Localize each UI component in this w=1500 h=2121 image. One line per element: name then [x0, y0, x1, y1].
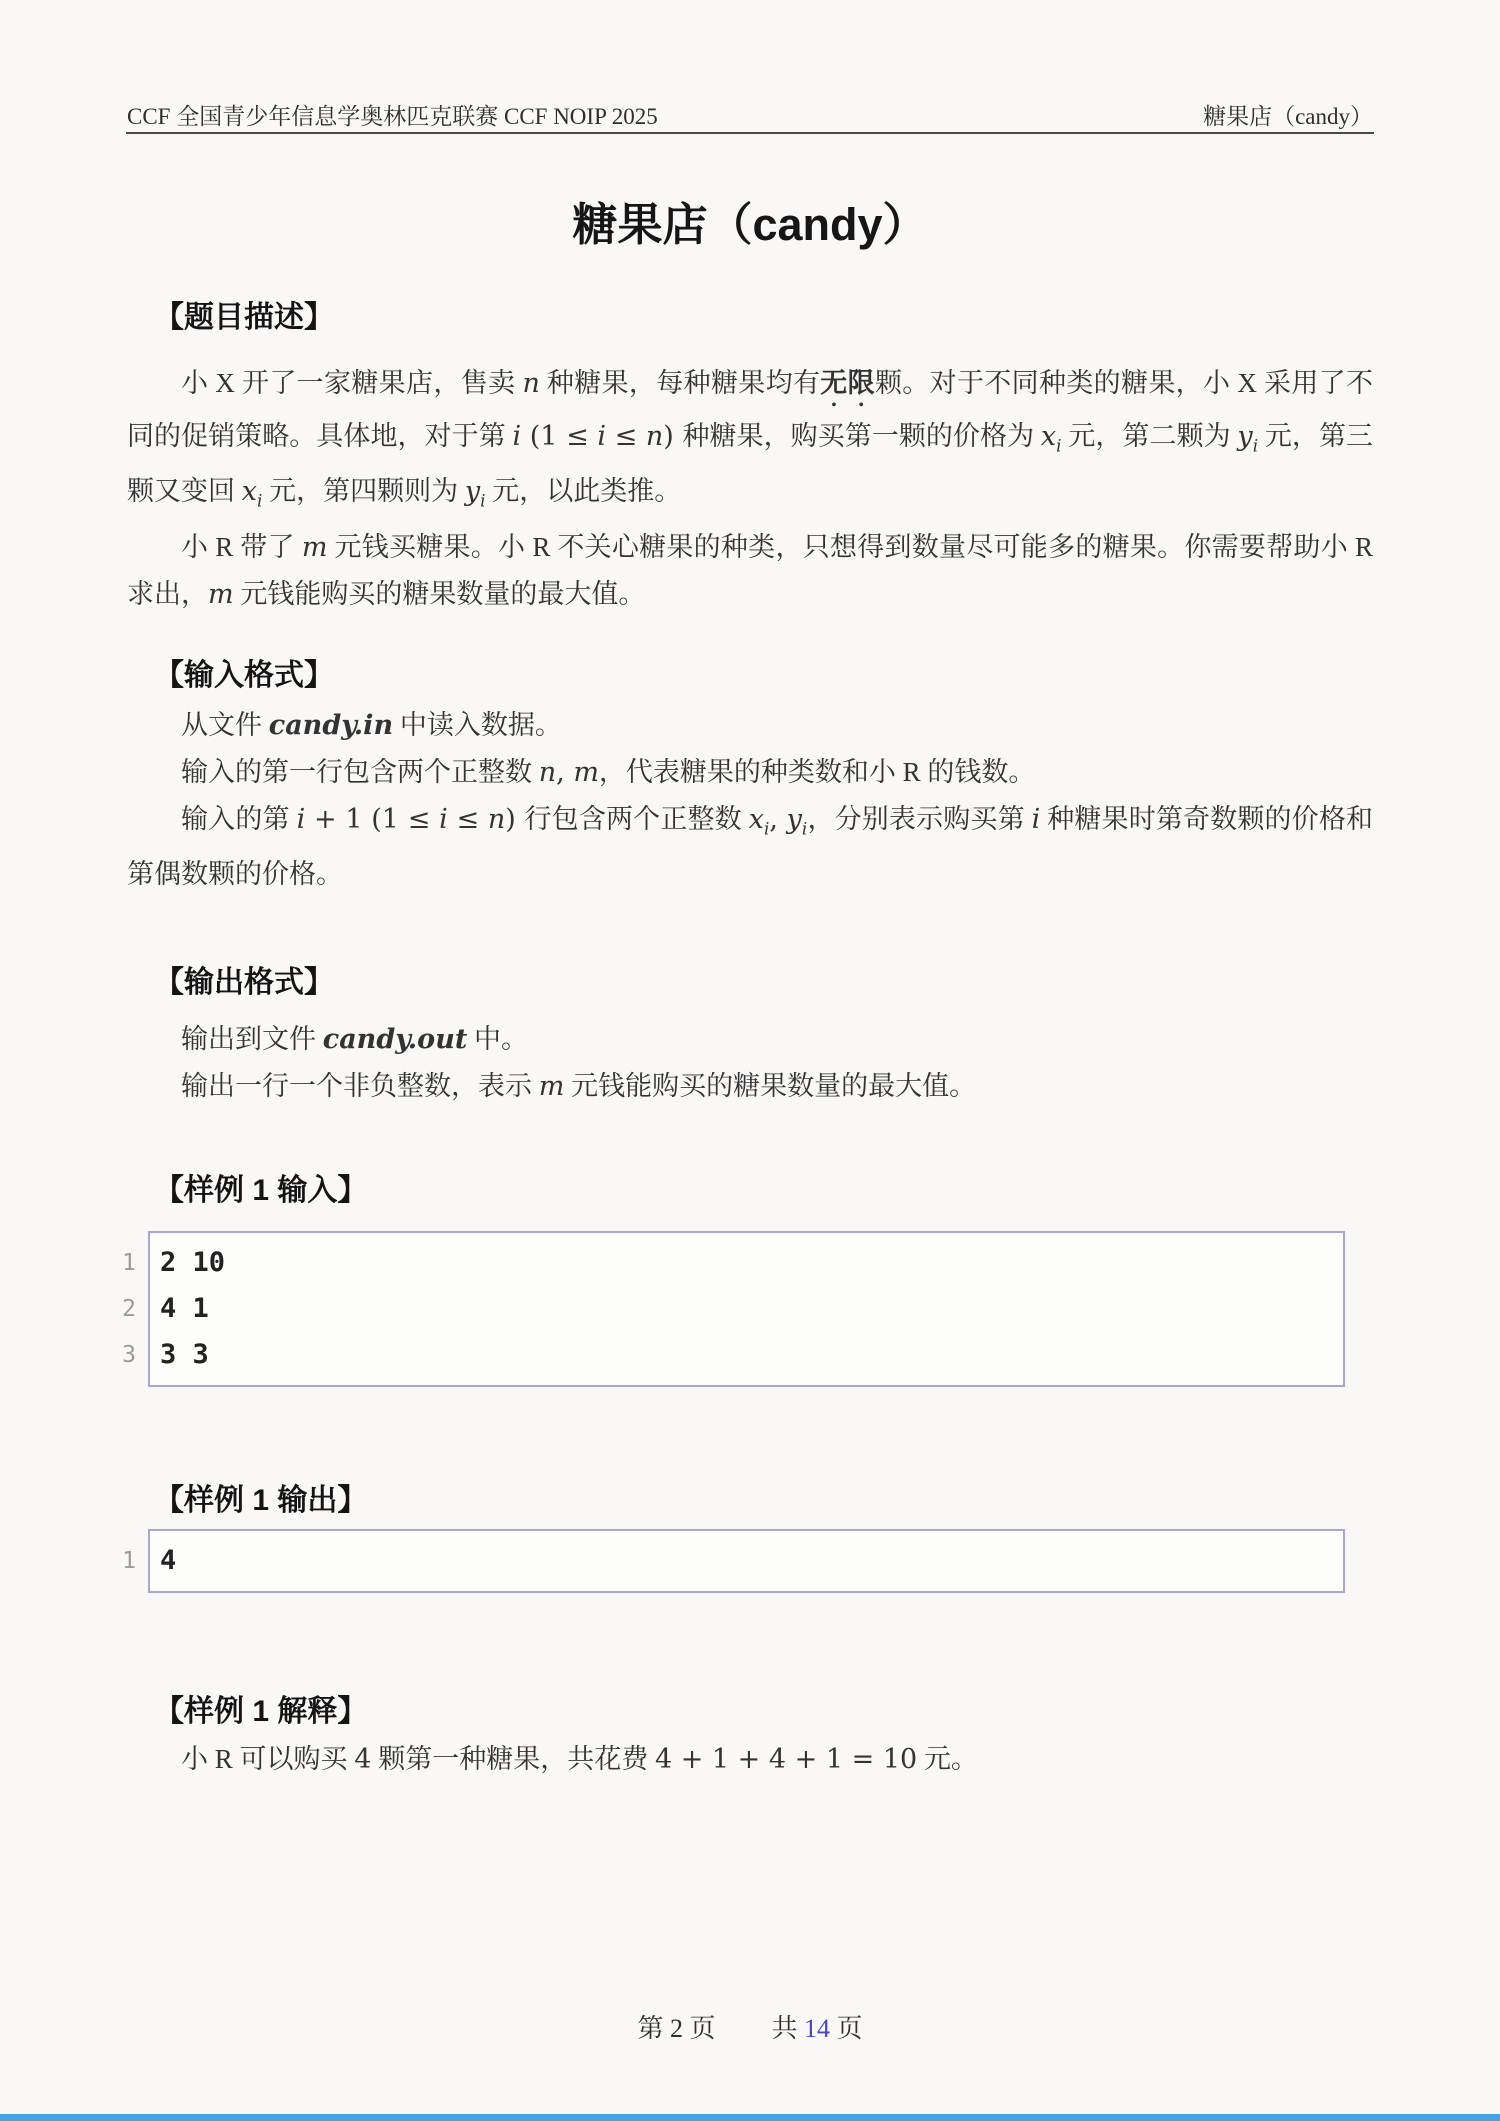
code-line: 4 1 — [160, 1286, 1333, 1332]
footer-text: 页 — [683, 2014, 716, 2043]
math-text: n — [522, 368, 539, 399]
footer-text: 共 — [772, 2014, 805, 2043]
text: 元，第四颗则为 — [262, 476, 465, 506]
paragraph: 小 X 开了一家糖果店，售卖 n 种糖果，每种糖果均有无限颗。对于不同种类的糖果… — [127, 360, 1373, 524]
math-text: ≤ — [448, 804, 488, 835]
math-text: n — [539, 757, 556, 788]
math-text: 4 + 1 + 4 + 1 = 10 — [655, 1744, 917, 1775]
footer-page-number: 2 — [670, 2014, 683, 2043]
math-text: yi — [1237, 421, 1258, 452]
text: 小 R 带了 — [181, 532, 302, 562]
sample1-explanation-paragraphs: 小 R 可以购买 4 颗第一种糖果，共花费 4 + 1 + 4 + 1 = 10… — [127, 1736, 1373, 1783]
math-text: i — [297, 804, 306, 835]
math-text: yi — [465, 476, 486, 507]
code-line: 4 — [160, 1538, 1333, 1584]
bottom-edge-bar — [0, 2114, 1500, 2121]
footer-text: 页 — [830, 2014, 863, 2043]
text: 元钱能购买的糖果数量的最大值。 — [234, 579, 646, 609]
section-heading-input-format: 【输入格式】 — [154, 650, 334, 694]
math-text: m — [573, 757, 599, 788]
text: 行包含两个正整数 — [525, 804, 749, 834]
math-text: i — [597, 421, 606, 452]
header-left-text: CCF 全国青少年信息学奥林匹克联赛 CCF NOIP 2025 — [127, 98, 658, 131]
section-heading-description: 【题目描述】 — [154, 292, 334, 336]
paragraph: 小 R 可以购买 4 颗第一种糖果，共花费 4 + 1 + 4 + 1 = 10… — [127, 1736, 1373, 1783]
math-text: (1 ≤ — [521, 421, 597, 452]
header-rule — [126, 132, 1374, 134]
sample1-output-codebox: 1 4 — [96, 1529, 1345, 1593]
text: 中。 — [467, 1024, 528, 1054]
math-text: 4 — [354, 1744, 371, 1775]
paragraph: 小 R 带了 m 元钱买糖果。小 R 不关心糖果的种类，只想得到数量尽可能多的糖… — [127, 524, 1373, 618]
math-text: m — [208, 579, 234, 610]
paragraph: 输入的第一行包含两个正整数 n, m，代表糖果的种类数和小 R 的钱数。 — [127, 749, 1373, 796]
code-line: 3 3 — [160, 1332, 1333, 1378]
math-text: yi — [787, 804, 808, 835]
code-line-numbers: 1 — [96, 1529, 142, 1593]
line-number: 1 — [96, 1240, 136, 1286]
math-text: ) — [663, 421, 682, 452]
input-format-paragraphs: 从文件 candy.in 中读入数据。输入的第一行包含两个正整数 n, m，代表… — [127, 702, 1373, 897]
math-text: n — [646, 421, 663, 452]
footer-total-pages: 共 14 页 — [772, 2008, 863, 2045]
page-title: 糖果店（candy） — [0, 188, 1500, 253]
section-heading-output-format: 【输出格式】 — [154, 957, 334, 1001]
text: 输入的第一行包含两个正整数 — [181, 757, 539, 787]
math-text: , — [769, 804, 786, 835]
text: 无限 — [820, 368, 875, 398]
document-page: CCF 全国青少年信息学奥林匹克联赛 CCF NOIP 2025 糖果店（can… — [0, 0, 1500, 2121]
section-heading-sample1-explanation: 【样例 1 解释】 — [154, 1686, 367, 1730]
page-footer: 第 2 页 共 14 页 — [0, 2008, 1500, 2045]
math-text: + 1 (1 ≤ — [305, 804, 439, 835]
math-text: i — [1032, 804, 1041, 835]
page-header: CCF 全国青少年信息学奥林匹克联赛 CCF NOIP 2025 糖果店（can… — [127, 98, 1373, 131]
text: ，分别表示购买第 — [807, 804, 1031, 834]
line-number: 3 — [96, 1332, 136, 1378]
code-line-numbers: 123 — [96, 1231, 142, 1387]
line-number: 2 — [96, 1286, 136, 1332]
text: candy.in — [269, 710, 393, 741]
text: 小 R 可以购买 — [181, 1744, 354, 1774]
paragraph: 从文件 candy.in 中读入数据。 — [127, 702, 1373, 749]
footer-total-page-number: 14 — [804, 2014, 830, 2043]
text: 输出一行一个非负整数，表示 — [181, 1071, 539, 1101]
text: 种糖果，每种糖果均有 — [540, 368, 820, 398]
text: 输入的第 — [181, 804, 297, 834]
math-text: i — [439, 804, 448, 835]
math-text: xi — [242, 476, 263, 507]
code-content: 4 — [148, 1529, 1345, 1593]
section-heading-sample1-input: 【样例 1 输入】 — [154, 1165, 367, 1209]
math-text: xi — [749, 804, 770, 835]
paragraph: 输出到文件 candy.out 中。 — [127, 1016, 1373, 1063]
paragraph: 输入的第 i + 1 (1 ≤ i ≤ n) 行包含两个正整数 xi, yi，分… — [127, 796, 1373, 897]
math-text: xi — [1041, 421, 1062, 452]
header-right-text: 糖果店（candy） — [1203, 98, 1373, 131]
math-text: n — [488, 804, 505, 835]
text: ，代表糖果的种类数和小 R 的钱数。 — [599, 757, 1036, 787]
math-text: ≤ — [606, 421, 646, 452]
paragraph: 输出一行一个非负整数，表示 m 元钱能购买的糖果数量的最大值。 — [127, 1063, 1373, 1110]
description-paragraphs: 小 X 开了一家糖果店，售卖 n 种糖果，每种糖果均有无限颗。对于不同种类的糖果… — [127, 360, 1373, 618]
section-heading-sample1-output: 【样例 1 输出】 — [154, 1475, 367, 1519]
text: 颗第一种糖果，共花费 — [371, 1744, 655, 1774]
math-text: i — [513, 421, 522, 452]
sample1-input-codebox: 123 2 104 13 3 — [96, 1231, 1345, 1387]
text: 中读入数据。 — [393, 710, 562, 740]
text: 小 X 开了一家糖果店，售卖 — [181, 368, 522, 398]
text: 元，以此类推。 — [485, 476, 681, 506]
math-text: , — [556, 757, 573, 788]
footer-text: 第 — [637, 2014, 670, 2043]
math-text: ) — [505, 804, 524, 835]
text: 种糖果，购买第一颗的价格为 — [682, 421, 1040, 451]
code-content: 2 104 13 3 — [148, 1231, 1345, 1387]
math-text: m — [302, 532, 328, 563]
line-number: 1 — [96, 1538, 136, 1584]
footer-current-page: 第 2 页 — [637, 2008, 715, 2045]
math-text: m — [539, 1071, 565, 1102]
output-format-paragraphs: 输出到文件 candy.out 中。输出一行一个非负整数，表示 m 元钱能购买的… — [127, 1016, 1373, 1110]
text: 元。 — [917, 1744, 978, 1774]
text: 元，第二颗为 — [1062, 421, 1238, 451]
code-line: 2 10 — [160, 1240, 1333, 1286]
text: 从文件 — [181, 710, 269, 740]
text: candy.out — [323, 1024, 468, 1055]
text: 输出到文件 — [181, 1024, 323, 1054]
text: 元钱能购买的糖果数量的最大值。 — [564, 1071, 976, 1101]
